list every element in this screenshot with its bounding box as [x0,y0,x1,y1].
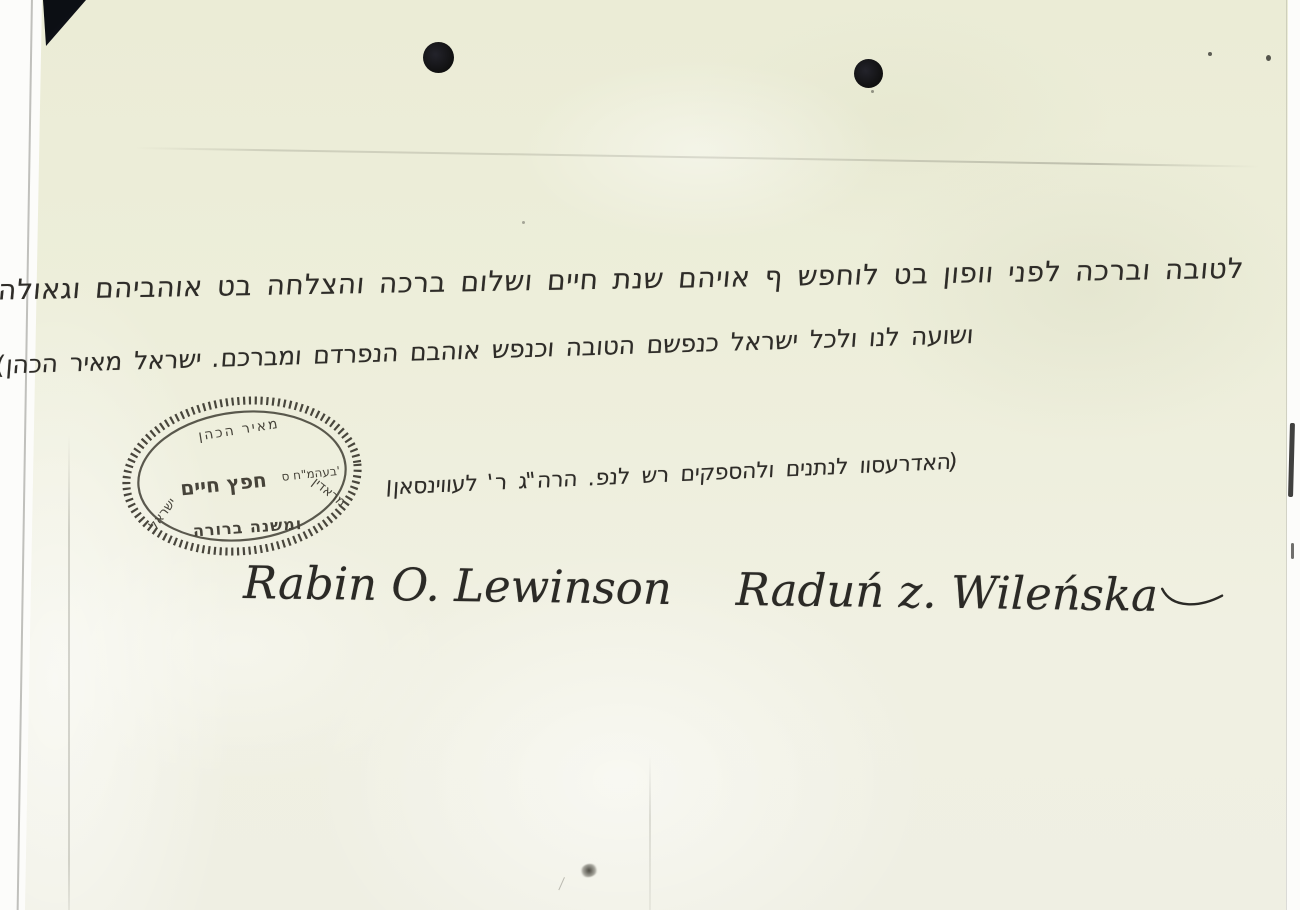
signature-name: Rabin O. Lewinson [243,556,672,615]
stamp-arc-bottom-text: ומשנה ברורה [192,514,303,541]
signature-flourish [1160,585,1224,612]
rabbi-oval-stamp: ישראל מאיר הכהן מראדין בעהמ"ח ס' חפץ חיי… [108,379,376,572]
scan-edge-mark [1288,423,1295,497]
paper-speck [1208,52,1212,56]
hole-punch-right [854,59,883,88]
crease-line-vertical-left [68,435,70,910]
stamp-middle-prefix-text: בעהמ"ח ס' [281,464,341,484]
page-edge-right [1286,0,1287,910]
stamp-middle-main-text: חפץ חיים [179,468,268,501]
signature-place: Raduń z. Wileńska [735,563,1158,622]
hole-punch-left [423,42,454,73]
paper-speck [522,221,525,224]
scanned-document: לטובה וברכה לפני וופון בט לוחפש ף אויהם … [0,0,1300,910]
scan-edge-mark-small [1291,543,1294,559]
stamp-arc-top-text: מאיר הכהן [197,416,280,445]
signature-line: Rabin O. LewinsonRaduń z. Wileńska [242,556,1183,649]
crease-line-vertical-center [649,755,651,910]
paper-speck [1266,55,1271,61]
paper-speck [871,90,874,93]
